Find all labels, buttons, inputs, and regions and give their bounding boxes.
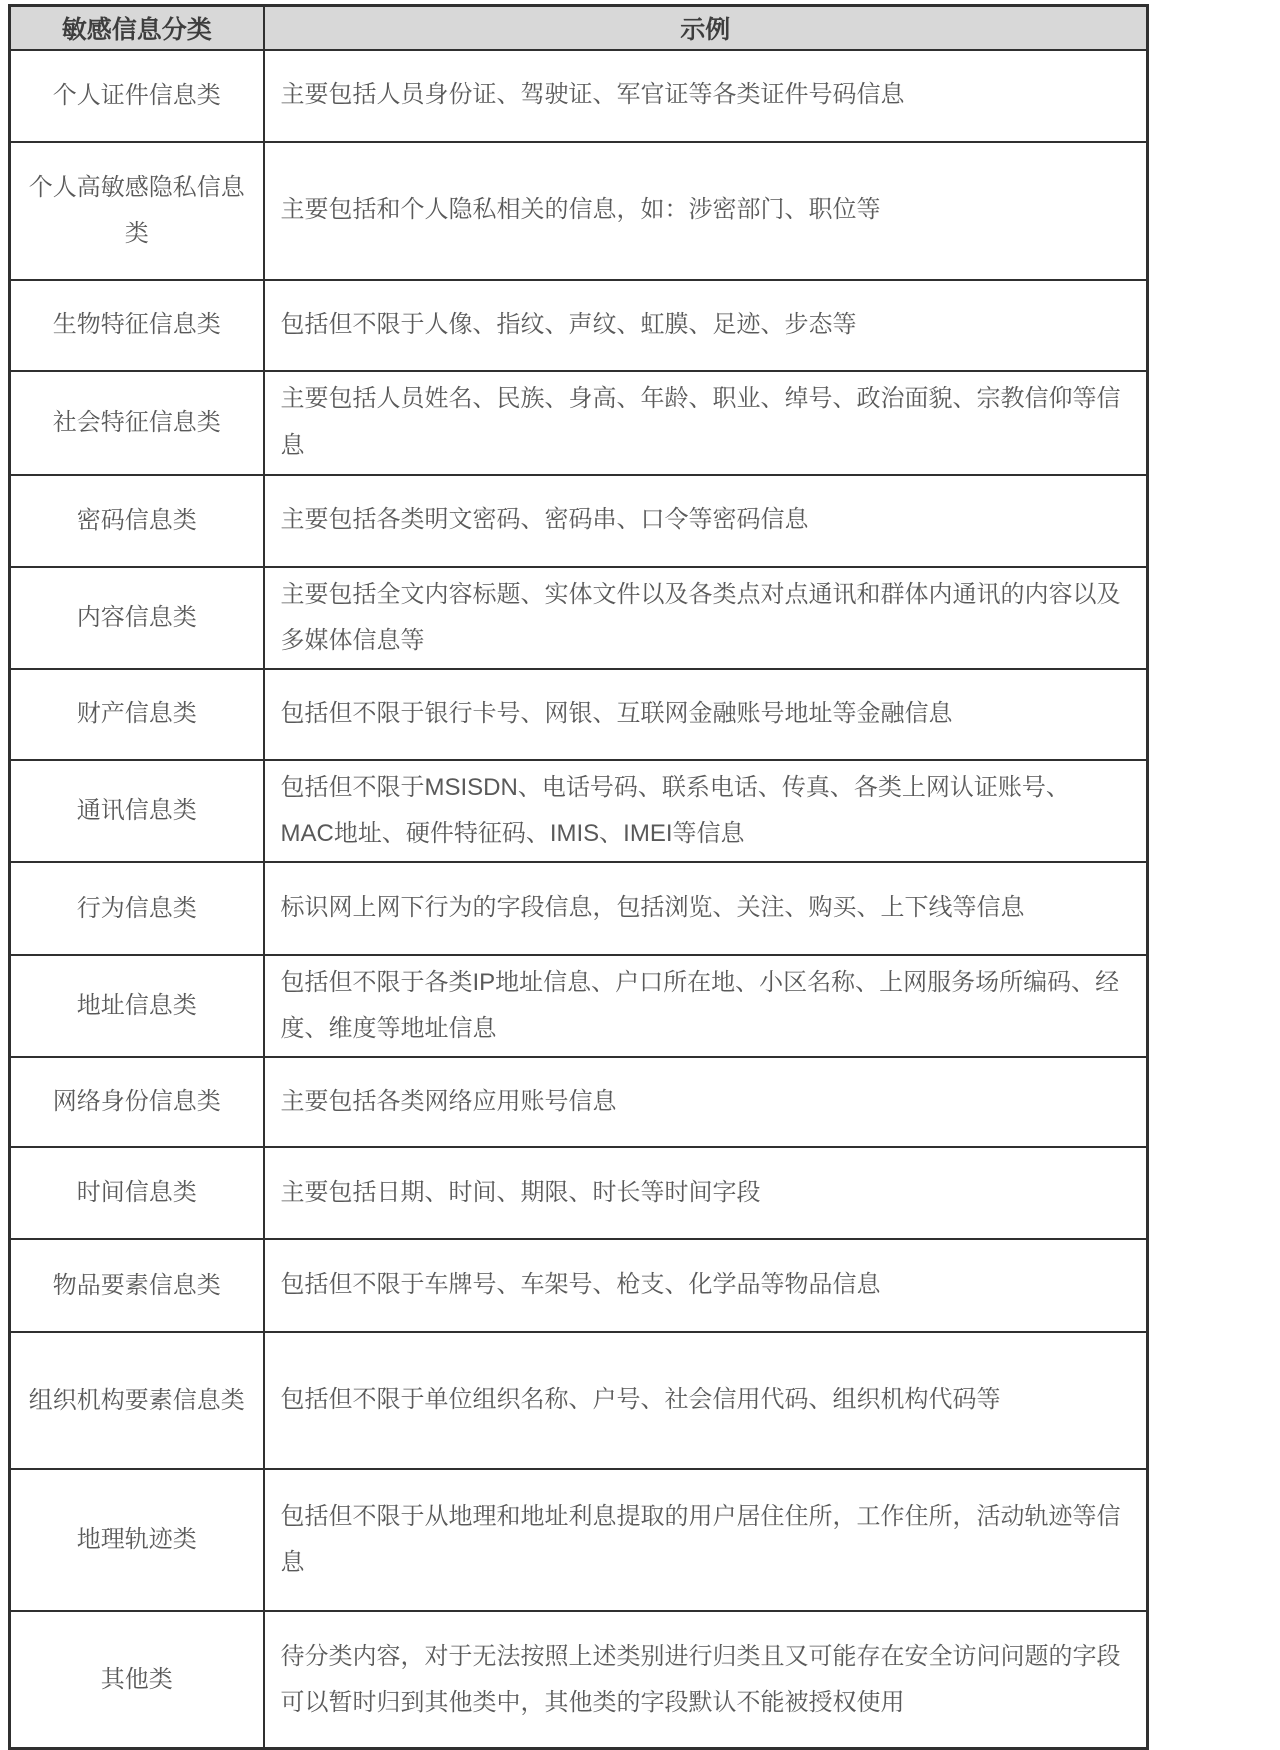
table-row: 密码信息类主要包括各类明文密码、密码串、口令等密码信息 [10,475,1148,567]
example-cell: 主要包括日期、时间、期限、时长等时间字段 [264,1147,1148,1239]
example-cell: 主要包括和个人隐私相关的信息，如：涉密部门、职位等 [264,142,1148,280]
category-cell: 组织机构要素信息类 [10,1332,264,1469]
document-page: 敏感信息分类 示例 个人证件信息类主要包括人员身份证、驾驶证、军官证等各类证件号… [0,0,1280,1743]
table-row: 社会特征信息类主要包括人员姓名、民族、身高、年龄、职业、绰号、政治面貌、宗教信仰… [10,371,1148,475]
table-row: 时间信息类主要包括日期、时间、期限、时长等时间字段 [10,1147,1148,1239]
example-cell: 包括但不限于单位组织名称、户号、社会信用代码、组织机构代码等 [264,1332,1148,1469]
table-row: 内容信息类主要包括全文内容标题、实体文件以及各类点对点通讯和群体内通讯的内容以及… [10,567,1148,669]
example-cell: 包括但不限于车牌号、车架号、枪支、化学品等物品信息 [264,1239,1148,1332]
example-cell: 包括但不限于从地理和地址利息提取的用户居住住所，工作住所，活动轨迹等信息 [264,1469,1148,1611]
category-cell: 通讯信息类 [10,760,264,862]
example-cell: 包括但不限于人像、指纹、声纹、虹膜、足迹、步态等 [264,280,1148,371]
table-row: 生物特征信息类包括但不限于人像、指纹、声纹、虹膜、足迹、步态等 [10,280,1148,371]
example-cell: 主要包括人员姓名、民族、身高、年龄、职业、绰号、政治面貌、宗教信仰等信息 [264,371,1148,475]
example-cell: 待分类内容，对于无法按照上述类别进行归类且又可能存在安全访问问题的字段可以暂时归… [264,1611,1148,1749]
category-cell: 地理轨迹类 [10,1469,264,1611]
example-cell: 包括但不限于银行卡号、网银、互联网金融账号地址等金融信息 [264,669,1148,760]
category-cell: 行为信息类 [10,862,264,955]
header-example: 示例 [264,6,1148,50]
table-row: 地址信息类包括但不限于各类IP地址信息、户口所在地、小区名称、上网服务场所编码、… [10,955,1148,1057]
table-row: 物品要素信息类包括但不限于车牌号、车架号、枪支、化学品等物品信息 [10,1239,1148,1332]
category-cell: 内容信息类 [10,567,264,669]
category-cell: 网络身份信息类 [10,1057,264,1147]
category-cell: 地址信息类 [10,955,264,1057]
category-cell: 生物特征信息类 [10,280,264,371]
category-cell: 其他类 [10,1611,264,1749]
table-row: 财产信息类包括但不限于银行卡号、网银、互联网金融账号地址等金融信息 [10,669,1148,760]
table-row: 个人高敏感隐私信息类主要包括和个人隐私相关的信息，如：涉密部门、职位等 [10,142,1148,280]
category-cell: 时间信息类 [10,1147,264,1239]
example-cell: 包括但不限于各类IP地址信息、户口所在地、小区名称、上网服务场所编码、经度、维度… [264,955,1148,1057]
example-cell: 主要包括全文内容标题、实体文件以及各类点对点通讯和群体内通讯的内容以及多媒体信息… [264,567,1148,669]
category-cell: 财产信息类 [10,669,264,760]
table-row: 其他类待分类内容，对于无法按照上述类别进行归类且又可能存在安全访问问题的字段可以… [10,1611,1148,1749]
table-row: 通讯信息类包括但不限于MSISDN、电话号码、联系电话、传真、各类上网认证账号、… [10,760,1148,862]
table-body: 个人证件信息类主要包括人员身份证、驾驶证、军官证等各类证件号码信息个人高敏感隐私… [10,50,1148,1749]
example-cell: 包括但不限于MSISDN、电话号码、联系电话、传真、各类上网认证账号、MAC地址… [264,760,1148,862]
sensitive-info-table: 敏感信息分类 示例 个人证件信息类主要包括人员身份证、驾驶证、军官证等各类证件号… [8,4,1149,1750]
table-row: 行为信息类标识网上网下行为的字段信息，包括浏览、关注、购买、上下线等信息 [10,862,1148,955]
example-cell: 主要包括各类明文密码、密码串、口令等密码信息 [264,475,1148,567]
header-category: 敏感信息分类 [10,6,264,50]
category-cell: 社会特征信息类 [10,371,264,475]
example-cell: 主要包括各类网络应用账号信息 [264,1057,1148,1147]
category-cell: 个人证件信息类 [10,50,264,142]
example-cell: 主要包括人员身份证、驾驶证、军官证等各类证件号码信息 [264,50,1148,142]
table-row: 网络身份信息类主要包括各类网络应用账号信息 [10,1057,1148,1147]
table-row: 个人证件信息类主要包括人员身份证、驾驶证、军官证等各类证件号码信息 [10,50,1148,142]
table-header-row: 敏感信息分类 示例 [10,6,1148,50]
category-cell: 密码信息类 [10,475,264,567]
table-row: 组织机构要素信息类包括但不限于单位组织名称、户号、社会信用代码、组织机构代码等 [10,1332,1148,1469]
table-row: 地理轨迹类包括但不限于从地理和地址利息提取的用户居住住所，工作住所，活动轨迹等信… [10,1469,1148,1611]
category-cell: 物品要素信息类 [10,1239,264,1332]
example-cell: 标识网上网下行为的字段信息，包括浏览、关注、购买、上下线等信息 [264,862,1148,955]
category-cell: 个人高敏感隐私信息类 [10,142,264,280]
